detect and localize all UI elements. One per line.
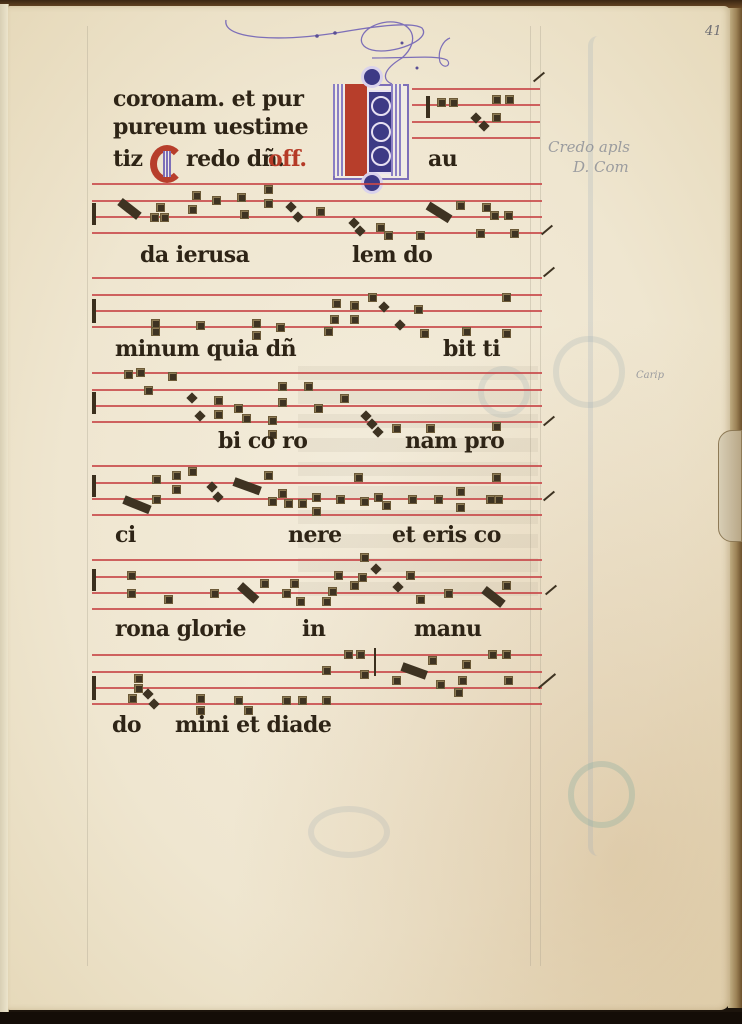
lyric-staff-1-b: lem do [352, 242, 432, 268]
decorated-initial-c [150, 145, 184, 183]
music-staff-3 [92, 372, 542, 422]
text-line-1: coronam. et pur [113, 86, 303, 112]
page-tab-marker [718, 430, 742, 542]
lyric-staff-4-b: nere [288, 522, 342, 548]
lyric-staff-6-b: mini et diade [175, 712, 331, 738]
binding-bottom-edge [0, 1012, 742, 1024]
initial-c-penwork [163, 151, 171, 177]
pencil-note-line2: D. Com [573, 158, 629, 176]
folio-number: 41 [705, 24, 722, 39]
music-staff-5 [92, 559, 542, 609]
bleed-through-scroll [308, 806, 390, 858]
lyric-staff-2-b: bit ti [443, 336, 500, 362]
music-staff-4 [92, 465, 542, 515]
initial-penwork-right [391, 84, 403, 176]
lyric-staff-3-a: bi co ro [218, 428, 307, 454]
lyric-staff-1-a: da ierusa [140, 242, 249, 268]
lyric-staff-6-a: do [112, 712, 141, 738]
ruling-line [87, 26, 88, 966]
illuminated-initial-i [323, 72, 415, 180]
bleed-through-roundel [553, 336, 625, 408]
pencil-note-line1: Credo apls [548, 138, 630, 156]
lyric-staff-5-b: in [302, 616, 325, 642]
text-after-initial: au [428, 146, 457, 172]
music-staff-6 [92, 654, 542, 704]
bleed-through-roundel [568, 761, 635, 828]
music-staff-1 [92, 183, 542, 233]
text-line-3-prefix: tiz [113, 146, 143, 172]
rubric-offertory: off. [268, 146, 306, 172]
text-line-2: pureum uestime [113, 114, 308, 140]
pencil-note-side: Carip [636, 370, 664, 381]
lyric-staff-2-a: minum quia dñ [115, 336, 296, 362]
staff-top-partial [412, 88, 540, 138]
lyric-staff-5-a: rona glorie [115, 616, 246, 642]
initial-top-roundel [361, 66, 383, 88]
initial-penwork-left [333, 84, 345, 176]
lyric-staff-3-b: nam pro [405, 428, 504, 454]
lyric-staff-5-c: manu [414, 616, 482, 642]
lyric-staff-4-c: et eris co [392, 522, 501, 548]
initial-red-stem [345, 84, 367, 176]
lyric-staff-4-a: ci [115, 522, 136, 548]
music-staff-2 [92, 277, 542, 327]
